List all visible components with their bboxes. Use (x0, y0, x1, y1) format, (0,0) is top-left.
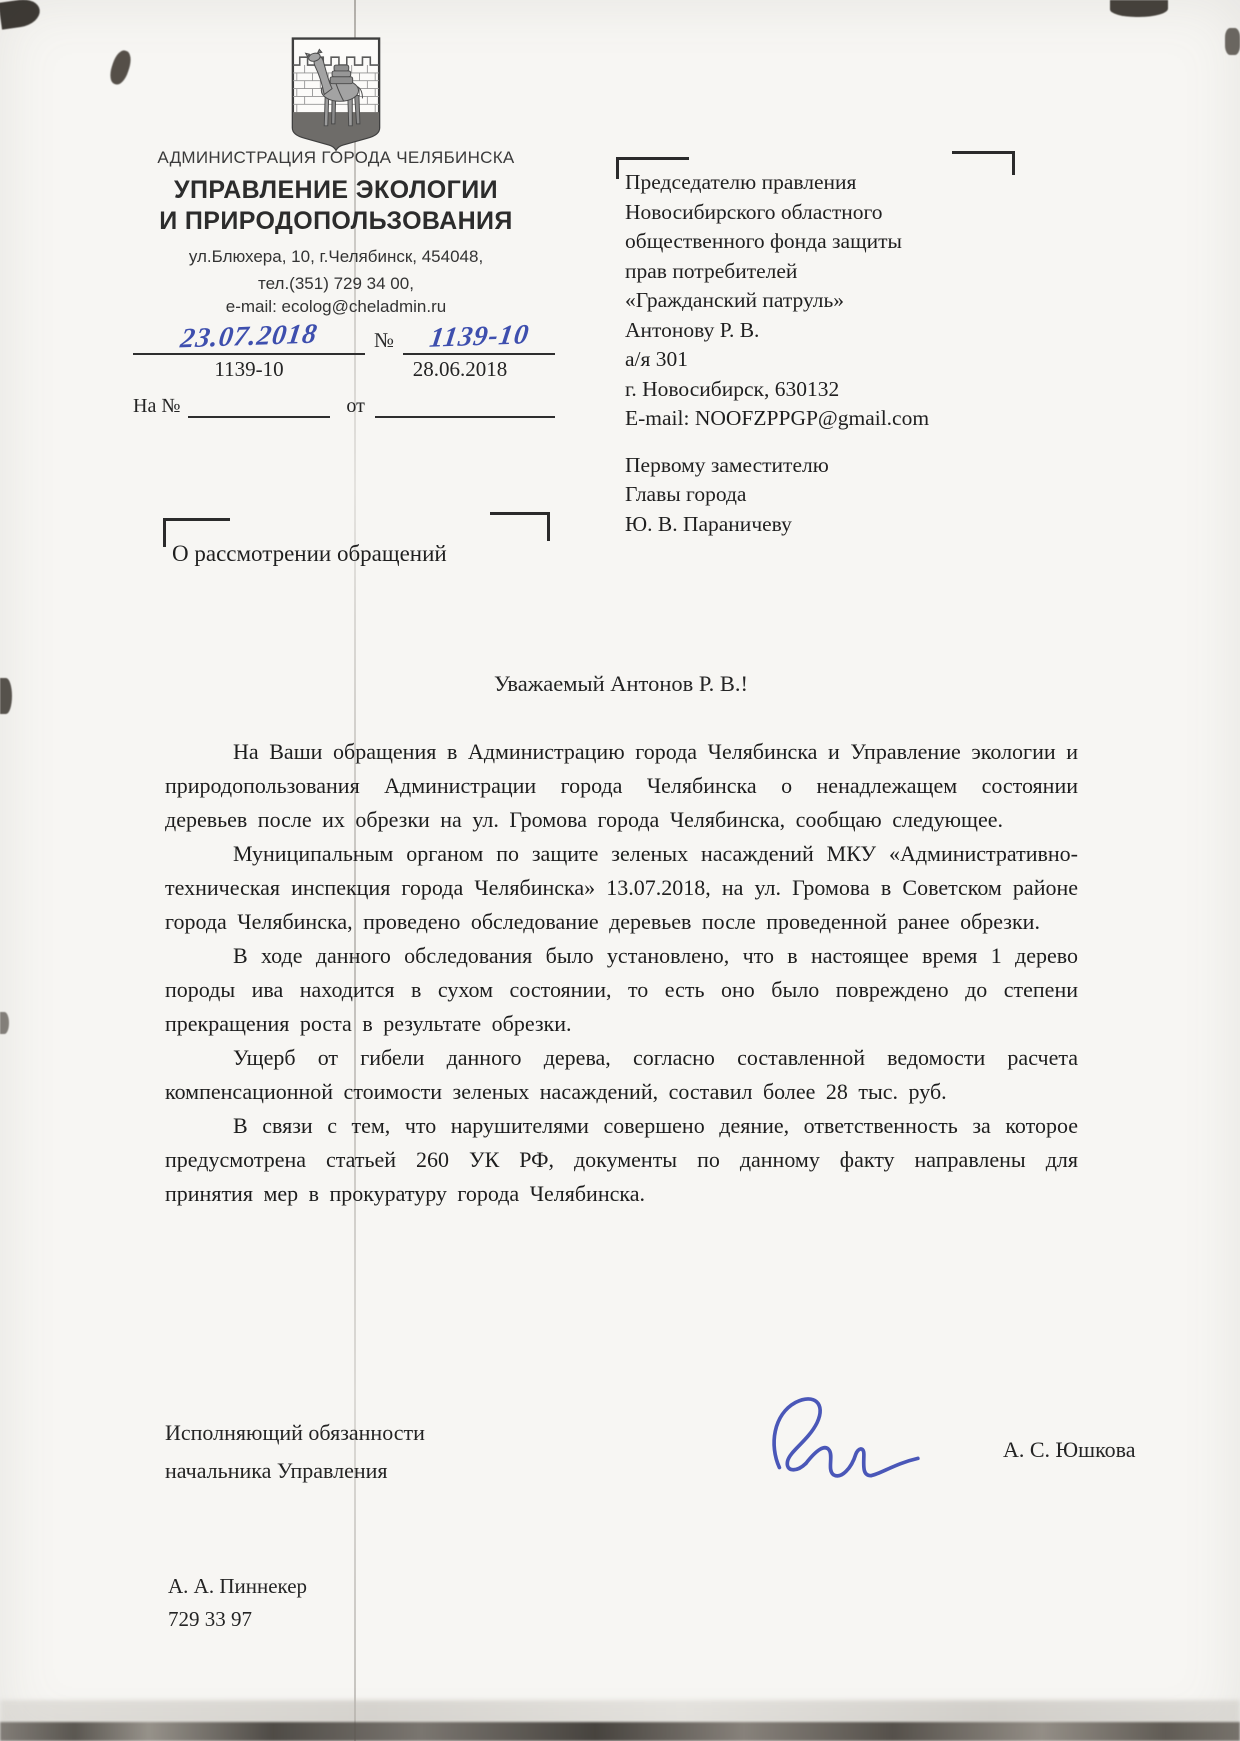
reply-from-label: от (330, 395, 374, 418)
reference-block: 23.07.2018 № 1139-10 1139-10 28.06.2018 … (133, 322, 555, 418)
executor-block: А. А. Пиннекер 729 33 97 (168, 1570, 307, 1636)
signer-position-line1: Исполняющий обязанности (165, 1414, 425, 1452)
scan-artifact-top-left-2 (107, 48, 134, 87)
subject-zone-corner-right (490, 512, 550, 541)
recipient-gap (625, 434, 1045, 451)
scan-artifact-top-right (1110, 0, 1168, 17)
letter-body: На Ваши обращения в Администрацию города… (165, 735, 1078, 1211)
reference-row-handwritten: 23.07.2018 № 1139-10 (133, 322, 555, 355)
scan-artifact-bottom-haze (0, 1700, 1240, 1724)
scan-artifact-left-edge-2 (0, 1012, 9, 1034)
recipient-line: прав потребителей (625, 257, 1045, 287)
executor-phone: 729 33 97 (168, 1603, 307, 1636)
recipient-line: а/я 301 (625, 345, 1045, 375)
reply-reference-row: На № от (133, 394, 555, 418)
recipient-block: Председателю правления Новосибирского об… (625, 168, 1045, 539)
typed-number: 1139-10 (133, 357, 365, 382)
chelyabinsk-coat-of-arms-icon (287, 33, 385, 152)
recipient-line: Антонову Р. В. (625, 316, 1045, 346)
body-paragraph: Муниципальным органом по защите зеленых … (165, 837, 1078, 939)
recipient-line: Первому заместителю (625, 451, 1045, 481)
body-paragraph: В ходе данного обследования было установ… (165, 939, 1078, 1041)
subject-line: О рассмотрении обращений (172, 541, 447, 567)
organization-name-line2: И ПРИРОДОПОЛЬЗОВАНИЯ (118, 206, 554, 237)
body-paragraph: Ущерб от гибели данного дерева, согласно… (165, 1041, 1078, 1109)
scan-artifact-left-edge (0, 678, 12, 714)
number-sign-label: № (365, 328, 403, 355)
body-paragraph: В связи с тем, что нарушителями совершен… (165, 1109, 1078, 1211)
number-line: 1139-10 (403, 322, 555, 355)
recipient-line: «Гражданский патруль» (625, 286, 1045, 316)
executor-name: А. А. Пиннекер (168, 1570, 307, 1603)
scan-artifact-bottom-strip (0, 1722, 1240, 1741)
recipient-line: Председателю правления (625, 168, 1045, 198)
recipient-line: г. Новосибирск, 630132 (625, 375, 1045, 405)
reply-number-label: На № (133, 395, 188, 418)
signer-position-line2: начальника Управления (165, 1452, 425, 1490)
letterhead: АДМИНИСТРАЦИЯ ГОРОДА ЧЕЛЯБИНСКА УПРАВЛЕН… (118, 148, 554, 317)
reference-row-typed: 1139-10 28.06.2018 (133, 357, 555, 382)
scan-artifact-right-edge (1225, 28, 1240, 55)
recipient-line: Ю. В. Параничеву (625, 510, 1045, 540)
recipient-line: Главы города (625, 480, 1045, 510)
recipient-line: Новосибирского областного (625, 198, 1045, 228)
organization-phone: тел.(351) 729 34 00, (118, 274, 554, 294)
body-paragraph: На Ваши обращения в Администрацию города… (165, 735, 1078, 837)
organization-email: e-mail: ecolog@cheladmin.ru (118, 297, 554, 317)
parent-organization: АДМИНИСТРАЦИЯ ГОРОДА ЧЕЛЯБИНСКА (118, 148, 554, 168)
typed-date: 28.06.2018 (365, 357, 555, 382)
organization-address: ул.Блюхера, 10, г.Челябинск, 454048, (118, 247, 554, 267)
scan-artifact-top-left (0, 0, 42, 30)
signer-name: А. С. Юшкова (1003, 1437, 1136, 1463)
organization-name-line1: УПРАВЛЕНИЕ ЭКОЛОГИИ (118, 175, 554, 206)
handwritten-number: 1139-10 (427, 320, 531, 353)
reply-date-blank-line (375, 394, 555, 418)
reply-number-blank-line (188, 394, 330, 418)
recipient-line: общественного фонда защиты (625, 227, 1045, 257)
date-line: 23.07.2018 (133, 322, 365, 355)
scanned-letter-page: АДМИНИСТРАЦИЯ ГОРОДА ЧЕЛЯБИНСКА УПРАВЛЕН… (0, 0, 1240, 1741)
handwritten-date: 23.07.2018 (179, 320, 320, 355)
salutation: Уважаемый Антонов Р. В.! (165, 671, 1077, 697)
recipient-line: E-mail: NOOFZPPGP@gmail.com (625, 404, 1045, 434)
handwritten-signature-icon (740, 1382, 945, 1494)
signer-position: Исполняющий обязанности начальника Управ… (165, 1414, 425, 1490)
